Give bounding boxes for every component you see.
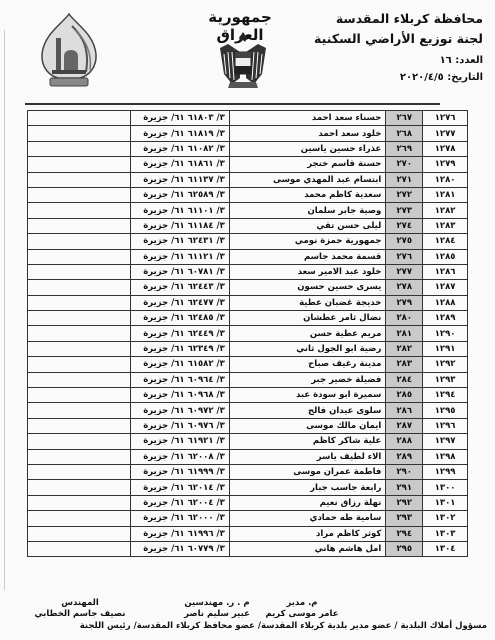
table-row: ١٢٩٣ ٢٨٤ فضيلة خضير جبر ٣/ ٦٠٩٦٤ ٦١/ جزي… (28, 372, 468, 387)
name-cell: حسنة قاسم خنجر (229, 157, 386, 172)
number-cell: ٢٨٣ (386, 357, 423, 372)
plot-cell: ٣/ ٦٢٠٠٠ ٦١/ جزيرة (130, 511, 229, 526)
plot-cell: ٣/ ٦١٩٢١ ٦١/ جزيرة (130, 434, 229, 449)
plot-cell: ٣/ ٦١٨٠٣ ٦١/ جزيرة (130, 111, 229, 126)
notes-cell (28, 203, 131, 218)
plot-cell: ٣/ ٦١٩٩٩ ٦١/ جزيرة (130, 464, 229, 479)
seq-cell: ١٢٩٨ (423, 449, 468, 464)
seq-cell: ١٢٨٢ (423, 203, 468, 218)
seq-cell: ١٣٠٤ (423, 541, 468, 556)
name-cell: نضال ثامر عطشان (229, 311, 386, 326)
name-cell: قسمة محمد جاسم (229, 249, 386, 264)
seq-cell: ١٣٠٠ (423, 480, 468, 495)
plot-cell: ٣/ ٦١٨١٩ ٦١/ جزيرة (130, 126, 229, 141)
number-cell: ٢٨٠ (386, 311, 423, 326)
committee-name: لجنة توزيع الأراضي السكنية (308, 30, 483, 48)
name-cell: سامية طه حمادي (229, 511, 386, 526)
plot-cell: ٣/ ٦٢٠٠٤ ٦١/ جزيرة (130, 495, 229, 510)
notes-cell (28, 234, 131, 249)
table-row: ١٢٩٨ ٢٨٩ الاء لطيف ياسر ٣/ ٦٢٠٠٨ ٦١/ جزي… (28, 449, 468, 464)
document-page: محافظة كربلاء المقدسة لجنة توزيع الأراضي… (0, 0, 495, 640)
plot-cell: ٣/ ٦١١٢١ ٦١/ جزيرة (130, 249, 229, 264)
number-cell: ٢٦٨ (386, 126, 423, 141)
number-cell: ٢٧٨ (386, 280, 423, 295)
notes-cell (28, 372, 131, 387)
notes-cell (28, 295, 131, 310)
number-cell: ٢٧٤ (386, 218, 423, 233)
seq-cell: ١٢٧٨ (423, 141, 468, 156)
notes-cell (28, 264, 131, 279)
signature-roles: مسؤول أملاك البلدية / عضو مدير بلدية كرب… (7, 620, 487, 632)
notes-cell (28, 126, 131, 141)
notes-cell (28, 280, 131, 295)
plot-cell: ٣/ ٦٢٤٨٥ ٦١/ جزيرة (130, 311, 229, 326)
table-row: ١٢٩٩ ٢٩٠ فاطمة عمران موسى ٣/ ٦١٩٩٩ ٦١/ ج… (28, 464, 468, 479)
table-row: ١٣٠٣ ٢٩٤ كوثر كاظم مراد ٣/ ٦١٩٩٦ ٦١/ جزي… (28, 526, 468, 541)
plot-cell: ٣/ ٦٠٩٧٦ ٦١/ جزيرة (130, 418, 229, 433)
notes-cell (28, 111, 131, 126)
plot-cell: ٣/ ٦١٨٦١ ٦١/ جزيرة (130, 157, 229, 172)
seq-cell: ١٢٨١ (423, 187, 468, 202)
seq-cell: ١٢٩٠ (423, 326, 468, 341)
plot-cell: ٣/ ٦١١٨٤ ٦١/ جزيرة (130, 218, 229, 233)
table-row: ١٢٨٥ ٢٧٦ قسمة محمد جاسم ٣/ ٦١١٢١ ٦١/ جزي… (28, 249, 468, 264)
issuer-block: محافظة كربلاء المقدسة لجنة توزيع الأراضي… (308, 10, 483, 85)
name-cell: فضيلة خضير جبر (229, 372, 386, 387)
name-cell: مدينة رغيف صباح (229, 357, 386, 372)
notes-cell (28, 357, 131, 372)
number-cell: ٢٧٣ (386, 203, 423, 218)
plot-cell: ٣/ ٦١٠٨٢ ٦١/ جزيرة (130, 141, 229, 156)
table-row: ١٣٠١ ٢٩٢ نهلة رزاق نعيم ٣/ ٦٢٠٠٤ ٦١/ جزي… (28, 495, 468, 510)
document-number: العدد: ١٦ (308, 53, 483, 68)
notes-cell (28, 341, 131, 356)
seq-cell: ١٢٩٩ (423, 464, 468, 479)
notes-cell (28, 418, 131, 433)
number-cell: ٢٨٢ (386, 341, 423, 356)
notes-cell (28, 511, 131, 526)
seq-cell: ١٢٩٢ (423, 357, 468, 372)
table-row: ١٢٨٤ ٢٧٥ جمهورية حمزة نومي ٣/ ٦٢٤٣١ ٦١/ … (28, 234, 468, 249)
number-cell: ٢٩٠ (386, 464, 423, 479)
number-cell: ٢٧٢ (386, 187, 423, 202)
seq-cell: ١٢٨٥ (423, 249, 468, 264)
number-cell: ٢٧١ (386, 172, 423, 187)
signature-name: نصيف جاسم الخطابي (20, 609, 140, 620)
plot-cell: ٣/ ٦١٩٩٦ ٦١/ جزيرة (130, 526, 229, 541)
notes-cell (28, 187, 131, 202)
number-cell: ٢٨١ (386, 326, 423, 341)
plot-cell: ٣/ ٦١١٠١ ٦١/ جزيرة (130, 203, 229, 218)
plot-cell: ٣/ ٦٠٩٦٨ ٦١/ جزيرة (130, 388, 229, 403)
table-row: ١٢٩٧ ٢٨٨ علية شاكر كاظم ٣/ ٦١٩٢١ ٦١/ جزي… (28, 434, 468, 449)
seq-cell: ١٢٧٦ (423, 111, 468, 126)
name-cell: سميرة ابو سودة عبد (229, 388, 386, 403)
seq-cell: ١٢٨٤ (423, 234, 468, 249)
seq-cell: ١٢٧٩ (423, 157, 468, 172)
signature-title: المهندس (20, 598, 140, 609)
plot-cell: ٣/ ٦١٥٨٢ ٦١/ جزيرة (130, 357, 229, 372)
seq-cell: ١٢٩١ (423, 341, 468, 356)
seq-cell: ١٢٩٥ (423, 403, 468, 418)
seq-cell: ١٢٨٧ (423, 280, 468, 295)
seq-cell: ١٢٩٧ (423, 434, 468, 449)
page-edge (4, 30, 5, 590)
name-cell: سعدية كاظم محمد (229, 187, 386, 202)
name-cell: ليلى حسن تقي (229, 218, 386, 233)
letterhead: محافظة كربلاء المقدسة لجنة توزيع الأراضي… (0, 0, 495, 105)
number-cell: ٢٨٤ (386, 372, 423, 387)
plot-cell: ٣/ ٦٢٤٧٧ ٦١/ جزيرة (130, 295, 229, 310)
seq-cell: ١٢٩٦ (423, 418, 468, 433)
name-cell: خلود سعد احمد (229, 126, 386, 141)
number-cell: ٢٧٥ (386, 234, 423, 249)
seq-cell: ١٢٩٣ (423, 372, 468, 387)
notes-cell (28, 388, 131, 403)
name-cell: جمهورية حمزة نومي (229, 234, 386, 249)
notes-cell (28, 326, 131, 341)
name-cell: عذراء حسين ياسين (229, 141, 386, 156)
table-row: ١٢٨٣ ٢٧٤ ليلى حسن تقي ٣/ ٦١١٨٤ ٦١/ جزيرة (28, 218, 468, 233)
number-cell: ٢٧٠ (386, 157, 423, 172)
name-cell: سلوى عيدان فالح (229, 403, 386, 418)
table-row: ١٣٠٠ ٢٩١ رابعة جاسب جبار ٣/ ٦٢٠١٤ ٦١/ جز… (28, 480, 468, 495)
notes-cell (28, 249, 131, 264)
number-cell: ٢٩٢ (386, 495, 423, 510)
name-cell: علية شاكر كاظم (229, 434, 386, 449)
seq-cell: ١٢٨٨ (423, 295, 468, 310)
table-row: ١٢٨٨ ٢٧٩ خديجة غضبان عطية ٣/ ٦٢٤٧٧ ٦١/ ج… (28, 295, 468, 310)
name-cell: رضية ابو الجول ثاني (229, 341, 386, 356)
number-cell: ٢٧٩ (386, 295, 423, 310)
plot-cell: ٣/ ٦٢٥٨٩ ٦١/ جزيرة (130, 187, 229, 202)
number-cell: ٢٧٧ (386, 264, 423, 279)
notes-cell (28, 403, 131, 418)
name-cell: الاء لطيف ياسر (229, 449, 386, 464)
name-cell: ابتسام عبد المهدي موسى (229, 172, 386, 187)
seq-cell: ١٢٧٧ (423, 126, 468, 141)
name-cell: نهلة رزاق نعيم (229, 495, 386, 510)
seq-cell: ١٢٨٦ (423, 264, 468, 279)
table-row: ١٢٨٢ ٢٧٣ وصية جابر سلمان ٣/ ٦١١٠١ ٦١/ جز… (28, 203, 468, 218)
plot-cell: ٣/ ٦٢٠١٤ ٦١/ جزيرة (130, 480, 229, 495)
number-cell: ٢٦٧ (386, 111, 423, 126)
notes-cell (28, 434, 131, 449)
iraq-eagle-emblem-icon (218, 30, 268, 92)
number-cell: ٢٩٣ (386, 511, 423, 526)
notes-cell (28, 449, 131, 464)
seq-cell: ١٣٠١ (423, 495, 468, 510)
name-cell: مريم عطية حسن (229, 326, 386, 341)
beneficiaries-table: ١٢٧٦ ٢٦٧ حسناء سعد احمد ٣/ ٦١٨٠٣ ٦١/ جزي… (27, 110, 468, 557)
governorate-name: محافظة كربلاء المقدسة (308, 10, 483, 28)
notes-cell (28, 311, 131, 326)
number-cell: ٢٨٦ (386, 403, 423, 418)
plot-cell: ٣/ ٦٠٩٧٢ ٦١/ جزيرة (130, 403, 229, 418)
table-row: ١٢٧٨ ٢٦٩ عذراء حسين ياسين ٣/ ٦١٠٨٢ ٦١/ ج… (28, 141, 468, 156)
table-row: ١٢٩١ ٢٨٢ رضية ابو الجول ثاني ٣/ ٦٢٣٤٩ ٦١… (28, 341, 468, 356)
number-cell: ٢٩٥ (386, 541, 423, 556)
name-cell: كوثر كاظم مراد (229, 526, 386, 541)
seq-cell: ١٣٠٢ (423, 511, 468, 526)
signature-block: م. مدير عامر موسى كريم م . ر. مهندسين عب… (0, 598, 495, 640)
table-row: ١٢٨٠ ٢٧١ ابتسام عبد المهدي موسى ٣/ ٦١١٣٧… (28, 172, 468, 187)
notes-cell (28, 526, 131, 541)
signature-title: م . ر. مهندسين (157, 598, 277, 609)
table-row: ١٢٩٦ ٢٨٧ ايمان مالك موسى ٣/ ٦٠٩٧٦ ٦١/ جز… (28, 418, 468, 433)
notes-cell (28, 541, 131, 556)
table-row: ١٢٧٩ ٢٧٠ حسنة قاسم خنجر ٣/ ٦١٨٦١ ٦١/ جزي… (28, 157, 468, 172)
name-cell: وصية جابر سلمان (229, 203, 386, 218)
table-row: ١٢٨١ ٢٧٢ سعدية كاظم محمد ٣/ ٦٢٥٨٩ ٦١/ جز… (28, 187, 468, 202)
number-cell: ٢٩٤ (386, 526, 423, 541)
notes-cell (28, 480, 131, 495)
name-cell: خلود عبد الامير سعد (229, 264, 386, 279)
plot-cell: ٣/ ٦٠٧٨١ ٦١/ جزيرة (130, 264, 229, 279)
table-row: ١٢٧٦ ٢٦٧ حسناء سعد احمد ٣/ ٦١٨٠٣ ٦١/ جزي… (28, 111, 468, 126)
name-cell: رابعة جاسب جبار (229, 480, 386, 495)
seq-cell: ١٢٨٣ (423, 218, 468, 233)
plot-cell: ٣/ ٦٢٠٠٨ ٦١/ جزيرة (130, 449, 229, 464)
name-cell: خديجة غضبان عطية (229, 295, 386, 310)
table-row: ١٢٩٠ ٢٨١ مريم عطية حسن ٣/ ٦٢٤٤٩ ٦١/ جزير… (28, 326, 468, 341)
number-cell: ٢٧٦ (386, 249, 423, 264)
signature-governor: المهندس نصيف جاسم الخطابي (20, 598, 140, 620)
table-row: ١٢٨٦ ٢٧٧ خلود عبد الامير سعد ٣/ ٦٠٧٨١ ٦١… (28, 264, 468, 279)
number-cell: ٢٩١ (386, 480, 423, 495)
header-divider (25, 103, 440, 105)
name-cell: يسرى حسين حسون (229, 280, 386, 295)
plot-cell: ٣/ ٦٢٣٤٩ ٦١/ جزيرة (130, 341, 229, 356)
signature-name: عبير سليم ناصر (157, 609, 277, 620)
notes-cell (28, 464, 131, 479)
name-cell: امل هاشم هاني (229, 541, 386, 556)
notes-cell (28, 141, 131, 156)
table-row: ١٣٠٤ ٢٩٥ امل هاشم هاني ٣/ ٦٠٧٧٩ ٦١/ جزير… (28, 541, 468, 556)
table-row: ١٢٧٧ ٢٦٨ خلود سعد احمد ٣/ ٦١٨١٩ ٦١/ جزير… (28, 126, 468, 141)
plot-cell: ٣/ ٦٠٩٦٤ ٦١/ جزيرة (130, 372, 229, 387)
karbala-shrine-logo-icon (38, 12, 100, 92)
plot-cell: ٣/ ٦٢٤٣١ ٦١/ جزيرة (130, 234, 229, 249)
number-cell: ٢٨٧ (386, 418, 423, 433)
seq-cell: ١٢٨٠ (423, 172, 468, 187)
name-cell: فاطمة عمران موسى (229, 464, 386, 479)
number-cell: ٢٨٩ (386, 449, 423, 464)
seq-cell: ١٣٠٣ (423, 526, 468, 541)
plot-cell: ٣/ ٦١١٣٧ ٦١/ جزيرة (130, 172, 229, 187)
notes-cell (28, 495, 131, 510)
table-row: ١٢٨٧ ٢٧٨ يسرى حسين حسون ٣/ ٦٢٤٤٣ ٦١/ جزي… (28, 280, 468, 295)
notes-cell (28, 157, 131, 172)
name-cell: حسناء سعد احمد (229, 111, 386, 126)
plot-cell: ٣/ ٦٠٧٧٩ ٦١/ جزيرة (130, 541, 229, 556)
table-row: ١٢٩٢ ٢٨٣ مدينة رغيف صباح ٣/ ٦١٥٨٢ ٦١/ جز… (28, 357, 468, 372)
number-cell: ٢٨٥ (386, 388, 423, 403)
number-cell: ٢٦٩ (386, 141, 423, 156)
seq-cell: ١٢٨٩ (423, 311, 468, 326)
seq-cell: ١٢٩٤ (423, 388, 468, 403)
table-row: ١٢٩٥ ٢٨٦ سلوى عيدان فالح ٣/ ٦٠٩٧٢ ٦١/ جز… (28, 403, 468, 418)
plot-cell: ٣/ ٦٢٤٤٣ ٦١/ جزيرة (130, 280, 229, 295)
number-cell: ٢٨٨ (386, 434, 423, 449)
notes-cell (28, 218, 131, 233)
name-cell: ايمان مالك موسى (229, 418, 386, 433)
notes-cell (28, 172, 131, 187)
table-row: ١٢٩٤ ٢٨٥ سميرة ابو سودة عبد ٣/ ٦٠٩٦٨ ٦١/… (28, 388, 468, 403)
table-row: ١٣٠٢ ٢٩٣ سامية طه حمادي ٣/ ٦٢٠٠٠ ٦١/ جزي… (28, 511, 468, 526)
signature-municipality-director: م . ر. مهندسين عبير سليم ناصر (157, 598, 277, 620)
plot-cell: ٣/ ٦٢٤٤٩ ٦١/ جزيرة (130, 326, 229, 341)
document-date: التاريخ: ٢٠٢٠/٤/٥ (308, 70, 483, 85)
table-row: ١٢٨٩ ٢٨٠ نضال ثامر عطشان ٣/ ٦٢٤٨٥ ٦١/ جز… (28, 311, 468, 326)
